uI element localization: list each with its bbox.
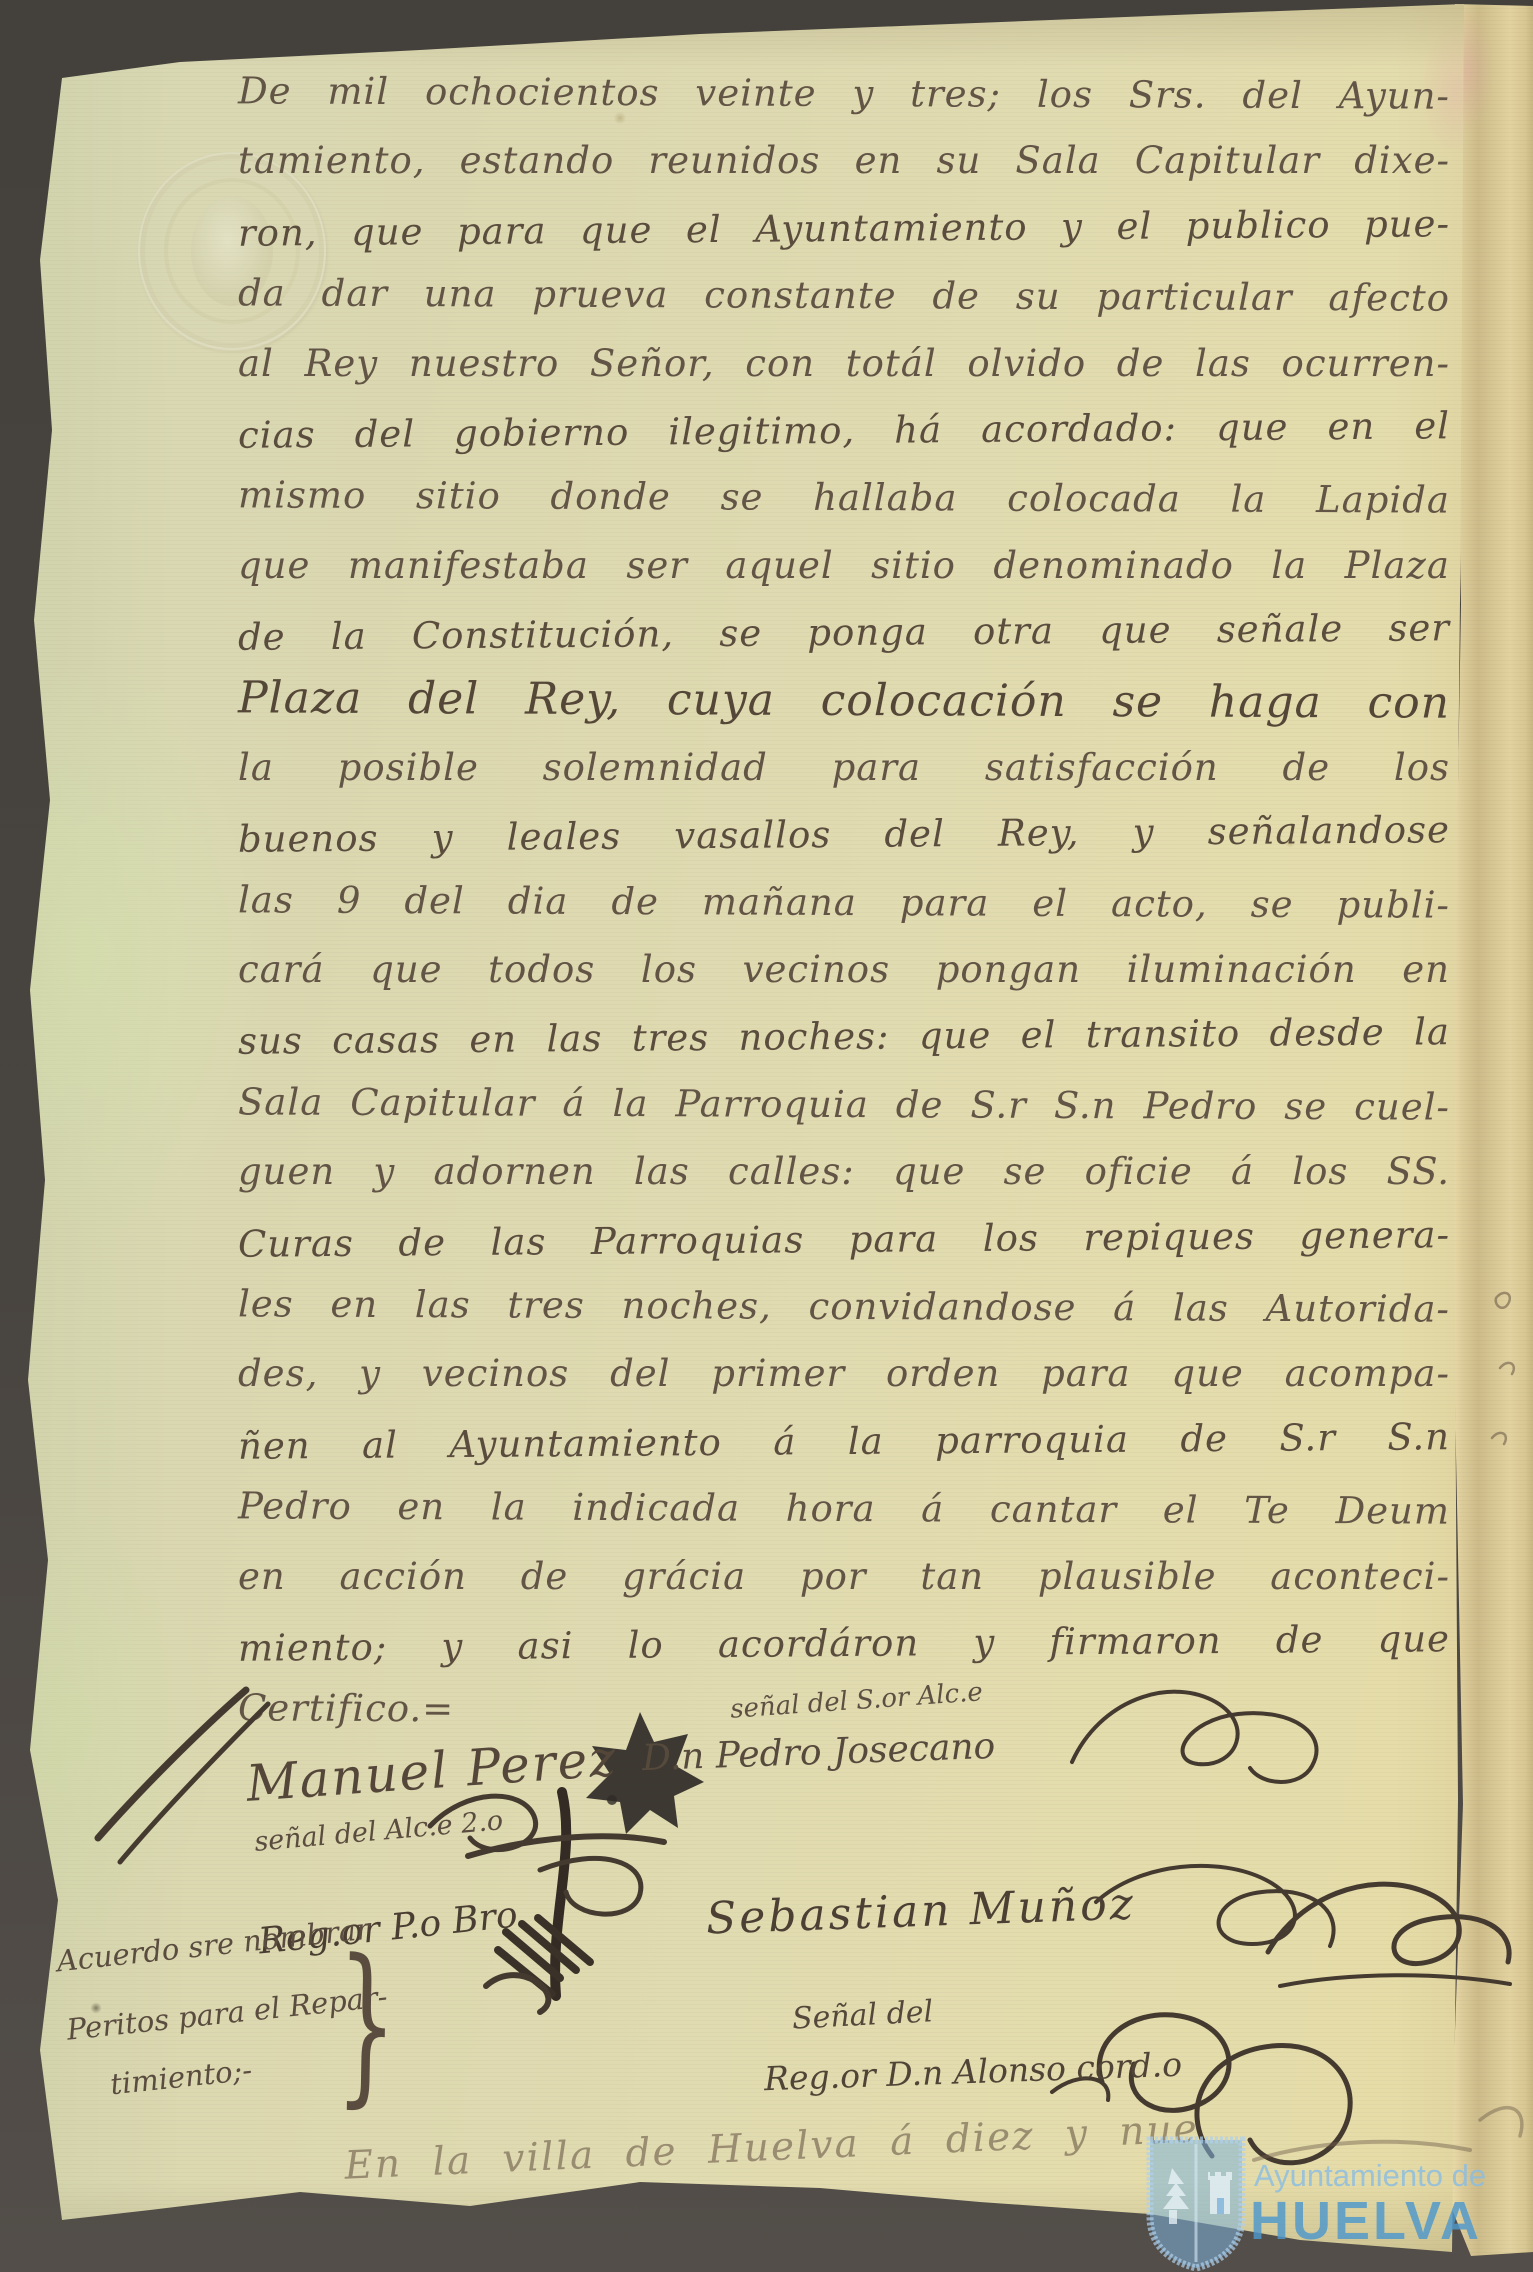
manuscript-line: De mil ochocientos veinte y tres; los Sr… (238, 57, 1450, 130)
scanned-manuscript-photo: De mil ochocientos veinte y tres; los Sr… (0, 0, 1533, 2272)
archive-watermark: Ayuntamiento de HUELVA (1142, 2132, 1533, 2272)
manuscript-line: al Rey nuestro Señor, con totál olvido d… (238, 330, 1450, 397)
manuscript-line: miento; y asi lo acordáron y firmaron de… (238, 1605, 1450, 1682)
manuscript-line: buenos y leales vasallos del Rey, y seña… (238, 797, 1450, 874)
manuscript-line: Curas de las Parroquias para los repique… (238, 1201, 1450, 1278)
manuscript-line: cias del gobierno ilegitimo, há acordado… (238, 392, 1450, 469)
manuscript-line: Sala Capitular á la Parroquia de S.r S.n… (238, 1068, 1450, 1141)
manuscript-line: tamiento, estando reunidos en su Sala Ca… (238, 127, 1450, 194)
manuscript-line: ron, que para que el Ayuntamiento y el p… (238, 190, 1450, 267)
margin-note-brace: } (335, 1936, 398, 2112)
manuscript-line: en acción de grácia por tan plausible ac… (238, 1543, 1450, 1610)
manuscript-line: des, y vecinos del primer orden para que… (238, 1340, 1450, 1407)
manuscript-line: ñen al Ayuntamiento á la parroquia de S.… (238, 1403, 1450, 1480)
manuscript-line: la posible solemnidad para satisfacción … (238, 734, 1450, 801)
manuscript-line: guen y adornen las calles: que se oficie… (238, 1138, 1450, 1205)
manuscript-line: las 9 del dia de mañana para el acto, se… (238, 866, 1450, 939)
manuscript-line: da dar una prueva constante de su partic… (238, 260, 1450, 333)
document-body: De mil ochocientos veinte y tres; los Sr… (238, 60, 1450, 1745)
manuscript-line: les en las tres noches, convidandose á l… (238, 1270, 1450, 1343)
manuscript-line: sus casas en las tres noches: que el tra… (238, 999, 1450, 1076)
manuscript-line: Plaza del Rey, cuya colocación se haga c… (238, 664, 1450, 737)
manuscript-line: mismo sitio donde se hallaba colocada la… (238, 462, 1450, 535)
manuscript-line: que manifestaba ser aquel sitio denomina… (238, 532, 1450, 599)
huelva-shield-icon (1142, 2134, 1250, 2272)
manuscript-line: cará que todos los vecinos pongan ilumin… (238, 936, 1450, 1003)
manuscript-line: de la Constitución, se ponga otra que se… (238, 594, 1450, 671)
attestation-senal-del: Señal del (791, 1994, 934, 2036)
watermark-text-large: HUELVA (1250, 2190, 1482, 2252)
manuscript-line: Pedro en la indicada hora á cantar el Te… (238, 1473, 1450, 1546)
watermark-text-small: Ayuntamiento de (1254, 2158, 1486, 2194)
